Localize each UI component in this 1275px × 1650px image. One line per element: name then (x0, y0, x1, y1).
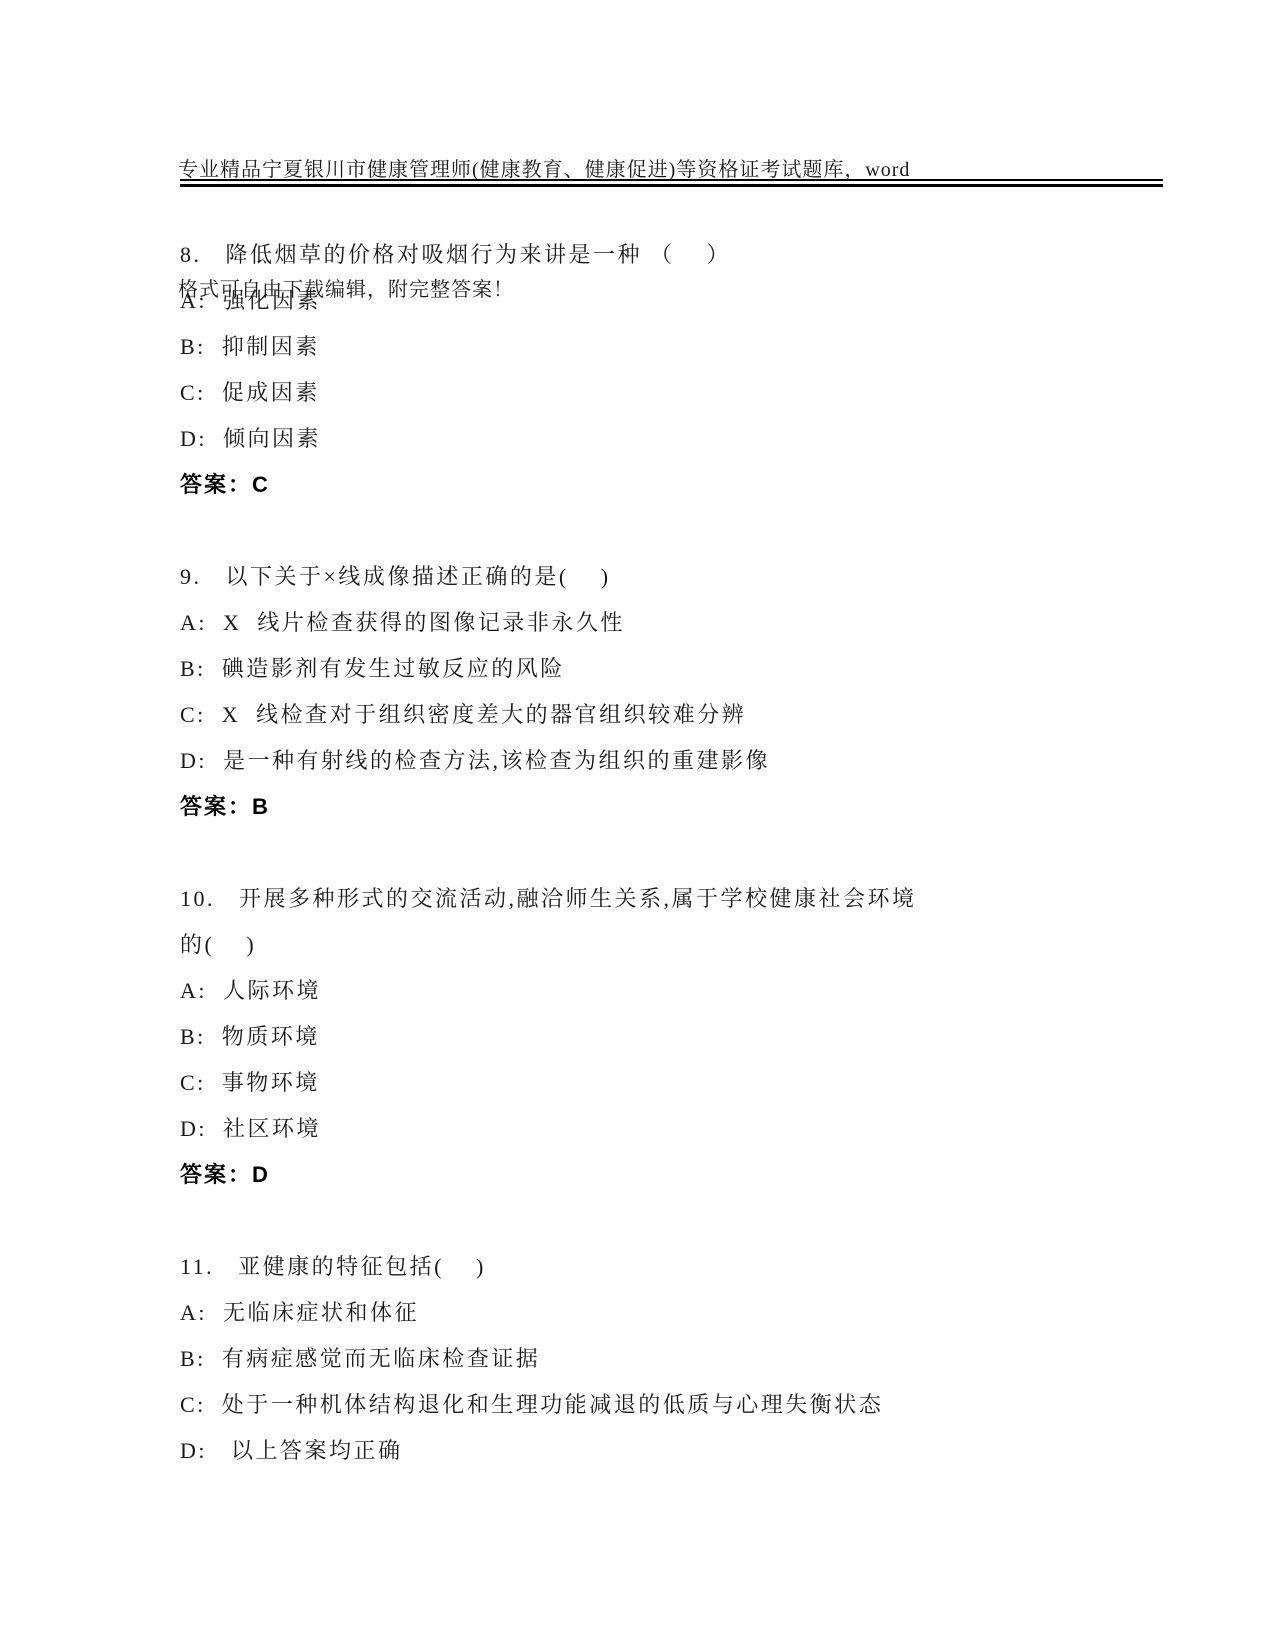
divider-thick-line (180, 184, 1163, 187)
question-8-option-a: A: 强化因素 (180, 278, 1165, 324)
question-9-text: 9. 以下关于×线成像描述正确的是( ) (180, 554, 1165, 600)
question-10-option-c: C: 事物环境 (180, 1060, 1165, 1106)
question-9-option-d: D: 是一种有射线的检查方法,该检查为组织的重建影像 (180, 738, 1165, 784)
question-10-option-b: B: 物质环境 (180, 1014, 1165, 1060)
question-11-option-d: D: 以上答案均正确 (180, 1428, 1165, 1474)
question-10-option-a: A: 人际环境 (180, 968, 1165, 1014)
document-page: 专业精品宁夏银川市健康管理师(健康教育、健康促进)等资格证考试题库，word 格… (0, 0, 1275, 1650)
question-11-option-c: C: 处于一种机体结构退化和生理功能减退的低质与心理失衡状态 (180, 1382, 1165, 1428)
question-9-option-b: B: 碘造影剂有发生过敏反应的风险 (180, 646, 1165, 692)
question-block-9: 9. 以下关于×线成像描述正确的是( ) A: X 线片检查获得的图像记录非永久… (180, 554, 1165, 830)
question-11-option-a: A: 无临床症状和体征 (180, 1290, 1165, 1336)
question-10-answer: 答案：D (180, 1152, 1165, 1198)
question-block-11: 11. 亚健康的特征包括( ) A: 无临床症状和体征 B: 有病症感觉而无临床… (180, 1244, 1165, 1474)
question-8-option-d: D: 倾向因素 (180, 416, 1165, 462)
question-9-answer: 答案：B (180, 784, 1165, 830)
divider-thin-line (180, 179, 1163, 181)
question-9-option-c: C: X 线检查对于组织密度差大的器官组织较难分辨 (180, 692, 1165, 738)
question-9-option-a: A: X 线片检查获得的图像记录非永久性 (180, 600, 1165, 646)
header-divider (180, 179, 1163, 187)
question-8-option-c: C: 促成因素 (180, 370, 1165, 416)
question-10-text-line-2: 的( ) (180, 922, 1165, 968)
question-8-option-b: B: 抑制因素 (180, 324, 1165, 370)
question-10-text-line-1: 10. 开展多种形式的交流活动,融洽师生关系,属于学校健康社会环境 (180, 876, 1165, 922)
question-8-answer: 答案：C (180, 462, 1165, 508)
question-block-8: 8. 降低烟草的价格对吸烟行为来讲是一种 （ ） A: 强化因素 B: 抑制因素… (180, 232, 1165, 508)
question-8-text: 8. 降低烟草的价格对吸烟行为来讲是一种 （ ） (180, 232, 1165, 278)
question-block-10: 10. 开展多种形式的交流活动,融洽师生关系,属于学校健康社会环境 的( ) A… (180, 876, 1165, 1198)
question-11-option-b: B: 有病症感觉而无临床检查证据 (180, 1336, 1165, 1382)
questions-area: 8. 降低烟草的价格对吸烟行为来讲是一种 （ ） A: 强化因素 B: 抑制因素… (180, 232, 1165, 1474)
question-10-option-d: D: 社区环境 (180, 1106, 1165, 1152)
question-11-text: 11. 亚健康的特征包括( ) (180, 1244, 1165, 1290)
